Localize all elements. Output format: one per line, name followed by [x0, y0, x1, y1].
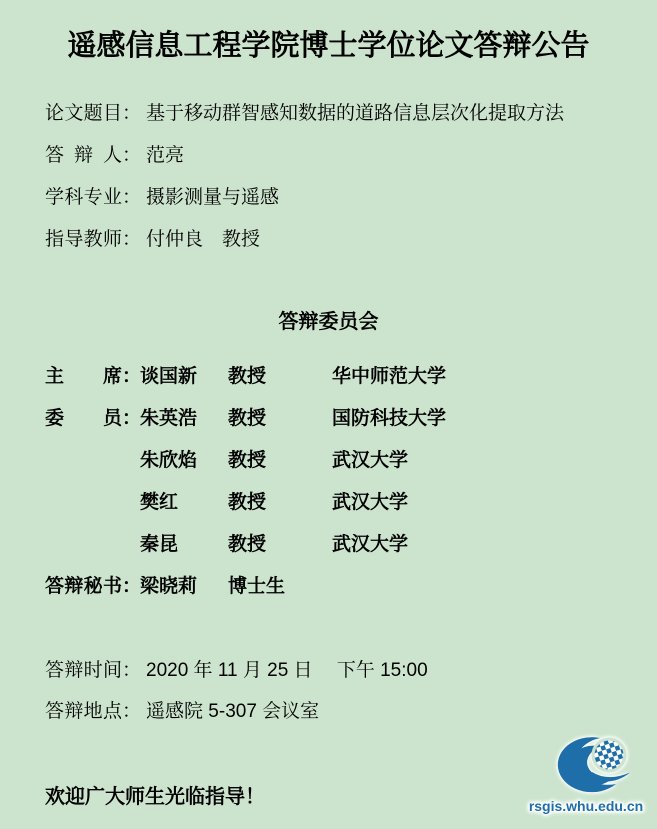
defense-time-row: 答辩时间：2020 年 11 月 25 日 下午 15:00 — [45, 660, 637, 681]
field-label: 论文题目 — [45, 103, 122, 124]
major-row: 学科专业：摄影测量与遥感 — [45, 187, 637, 208]
candidate-value: 范亮 — [146, 145, 184, 166]
member-title: 教授 — [228, 534, 332, 555]
member-affiliation: 武汉大学 — [332, 450, 637, 471]
committee-row-chair: 主席： 谈国新 教授 华中师范大学 — [45, 366, 637, 387]
page-title: 遥感信息工程学院博士学位论文答辩公告 — [0, 28, 657, 64]
colon: ： — [122, 187, 141, 208]
member-role — [45, 450, 140, 471]
field-label: 答辩时间 — [45, 660, 122, 681]
member-role — [45, 534, 140, 555]
major-value: 摄影测量与遥感 — [146, 187, 279, 208]
member-name: 梁晓莉 — [140, 576, 228, 597]
rsgis-logo-url: rsgis.whu.edu.cn — [528, 798, 644, 814]
committee-row-member: 朱欣焰 教授 武汉大学 — [45, 450, 637, 471]
member-title: 教授 — [228, 408, 332, 429]
field-label: 学科专业 — [45, 187, 122, 208]
defense-location-value: 遥感院 5-307 会议室 — [146, 701, 319, 722]
member-name: 秦昆 — [140, 534, 228, 555]
member-title: 教授 — [228, 492, 332, 513]
member-name: 樊红 — [140, 492, 228, 513]
field-label: 答辩人 — [45, 145, 122, 166]
candidate-row: 答辩人：范亮 — [45, 145, 637, 166]
member-role — [45, 492, 140, 513]
member-affiliation: 武汉大学 — [332, 534, 637, 555]
member-name: 朱欣焰 — [140, 450, 228, 471]
member-role: 委员： — [45, 408, 140, 429]
field-label: 答辩地点 — [45, 701, 122, 722]
member-affiliation: 华中师范大学 — [332, 366, 637, 387]
thesis-title-row: 论文题目：基于移动群智感知数据的道路信息层次化提取方法 — [45, 103, 637, 124]
defense-announcement-page: 遥感信息工程学院博士学位论文答辩公告 论文题目：基于移动群智感知数据的道路信息层… — [0, 0, 657, 829]
colon: ： — [122, 660, 141, 681]
member-title: 博士生 — [228, 576, 332, 597]
committee-row-member: 秦昆 教授 武汉大学 — [45, 534, 637, 555]
colon: ： — [122, 701, 141, 722]
colon: ： — [122, 408, 141, 429]
member-title: 教授 — [228, 450, 332, 471]
member-affiliation: 武汉大学 — [332, 492, 637, 513]
member-affiliation: 国防科技大学 — [332, 408, 637, 429]
advisor-row: 指导教师：付仲良 教授 — [45, 229, 637, 250]
schedule-section: 答辩时间：2020 年 11 月 25 日 下午 15:00 答辩地点：遥感院 … — [45, 660, 637, 742]
committee-row-member: 委员： 朱英浩 教授 国防科技大学 — [45, 408, 637, 429]
thesis-title-value: 基于移动群智感知数据的道路信息层次化提取方法 — [146, 103, 564, 124]
welcome-message: 欢迎广大师生光临指导！ — [45, 786, 265, 808]
defense-location-row: 答辩地点：遥感院 5-307 会议室 — [45, 701, 637, 722]
info-section: 论文题目：基于移动群智感知数据的道路信息层次化提取方法 答辩人：范亮 学科专业：… — [45, 103, 637, 271]
committee-row-secretary: 答辩秘书： 梁晓莉 博士生 — [45, 576, 637, 597]
defense-time-value: 2020 年 11 月 25 日 下午 15:00 — [146, 660, 428, 681]
committee-row-member: 樊红 教授 武汉大学 — [45, 492, 637, 513]
member-role: 主席： — [45, 366, 140, 387]
colon: ： — [122, 576, 141, 597]
colon: ： — [122, 229, 141, 250]
colon: ： — [122, 145, 141, 166]
colon: ： — [122, 366, 141, 387]
rsgis-logo: rsgis.whu.edu.cn — [528, 735, 644, 814]
colon: ： — [122, 103, 141, 124]
member-title: 教授 — [228, 366, 332, 387]
member-affiliation — [332, 576, 637, 597]
committee-table: 主席： 谈国新 教授 华中师范大学 委员： 朱英浩 教授 国防科技大学 朱欣焰 … — [45, 366, 637, 618]
committee-heading: 答辩委员会 — [0, 311, 657, 333]
field-label: 指导教师 — [45, 229, 122, 250]
member-name: 朱英浩 — [140, 408, 228, 429]
advisor-value: 付仲良 教授 — [146, 229, 260, 250]
rsgis-logo-icon — [536, 735, 636, 797]
member-role: 答辩秘书： — [45, 576, 140, 597]
member-name: 谈国新 — [140, 366, 228, 387]
